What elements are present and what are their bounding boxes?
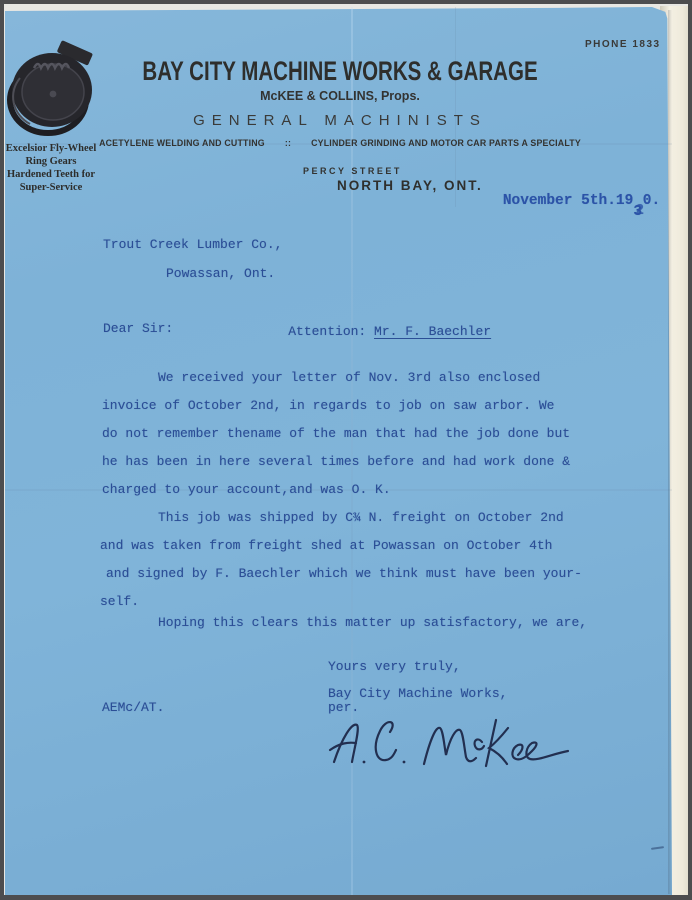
trade-line: GENERAL MACHINISTS (40, 112, 640, 129)
services-left: ACETYLENE WELDING AND CUTTING (99, 138, 265, 148)
services-line: ACETYLENE WELDING AND CUTTING::CYLINDER … (40, 138, 640, 148)
logo-caption-line: Super-Service (0, 181, 106, 194)
city-line: NORTH BAY, ONT. (337, 178, 483, 193)
body-line: Hoping this clears this matter up satisf… (158, 615, 587, 630)
street-line: PERCY STREET (303, 166, 402, 176)
body-line: and was taken from freight shed at Powas… (100, 538, 552, 553)
closing-company: Bay City Machine Works, (328, 686, 507, 701)
attention-name: Mr. F. Baechler (374, 324, 491, 339)
body-line: he has been in here several times before… (102, 454, 570, 469)
valediction: Yours very truly, (328, 659, 461, 674)
attention-line: Attention: Mr. F. Baechler (257, 309, 491, 354)
reference-initials: AEMc/AT. (102, 700, 164, 715)
logo-caption-line: Ring Gears (0, 155, 106, 168)
services-right: CYLINDER GRINDING AND MOTOR CAR PARTS A … (311, 138, 581, 148)
body-line: and signed by F. Baechler which we think… (106, 566, 582, 581)
body-line: charged to your account,and was O. K. (102, 482, 391, 497)
body-line: This job was shipped by C¾ N. freight on… (158, 510, 564, 525)
logo-caption: Excelsior Fly-Wheel Ring Gears Hardened … (0, 142, 106, 194)
letterhead-center-block: BAY CITY MACHINE WORKS & GARAGE McKEE & … (40, 0, 640, 148)
date-prefix: November 5th.19 (503, 193, 634, 209)
signature-handwriting (318, 710, 578, 782)
body-line: invoice of October 2nd, in regards to jo… (102, 398, 554, 413)
logo-caption-line: Hardened Teeth for (0, 168, 106, 181)
body-line: do not remember thename of the man that … (102, 426, 570, 441)
recipient-line-2: Powassan, Ont. (166, 266, 275, 281)
date-suffix: 0. (643, 193, 660, 209)
services-separator: :: (285, 138, 291, 148)
salutation: Dear Sir: (103, 321, 173, 336)
body-line: We received your letter of Nov. 3rd also… (158, 370, 540, 385)
company-name-text: BAY CITY MACHINE WORKS & GARAGE (142, 56, 537, 87)
proprietors-line: McKEE & COLLINS, Props. (40, 89, 640, 103)
body-line: self. (100, 594, 139, 609)
date-overstrike-over: 3 (633, 204, 642, 220)
attention-label: Attention: (288, 324, 374, 339)
scanned-letter-page: PHONE 1833 Excelsior Fly-Wheel Ring Gear… (0, 0, 692, 900)
recipient-line-1: Trout Creek Lumber Co., (103, 237, 282, 252)
date-line: November 5th.19230. (468, 177, 660, 225)
company-name: BAY CITY MACHINE WORKS & GARAGE (40, 56, 640, 87)
